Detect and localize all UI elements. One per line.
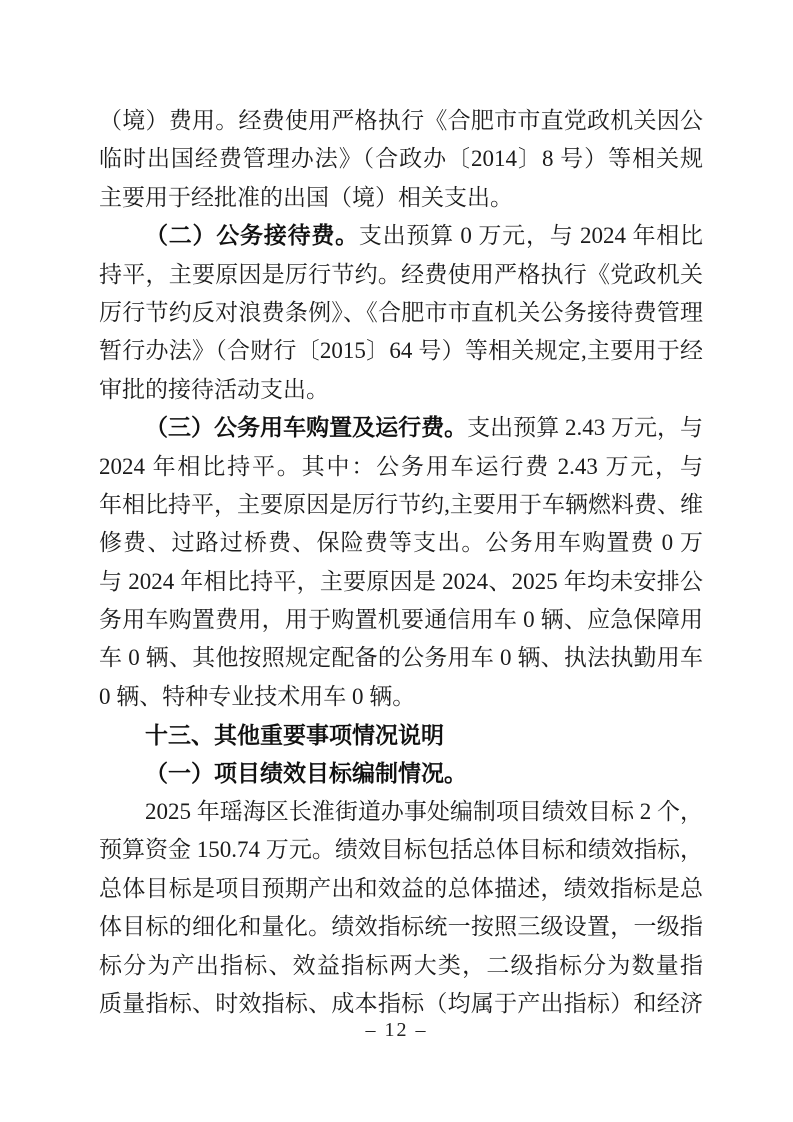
bold-text-segment: （二）公务接待费。 [145,223,359,248]
text-segment: 年相比持平，主要原因是厉行节约,主要用于车辆燃料费、维 [99,492,703,517]
text-segment: 总体目标是项目预期产出和效益的总体描述，绩效指标是总 [99,876,703,901]
text-line: 暂行办法》（合财行〔2015〕64 号）等相关规定,主要用于经 [99,332,703,370]
text-segment: 务用车购置费用，用于购置机要通信用车 0 辆、应急保障用 [99,607,703,632]
text-segment: 厉行节约反对浪费条例》、《合肥市市直机关公务接待费管理 [99,300,703,325]
text-segment: 支出预算 0 万元，与 2024 年相比 [359,223,703,248]
text-line: （三）公务用车购置及运行费。支出预算 2.43 万元，与 [99,409,703,447]
text-segment: （境）费用。经费使用严格执行《合肥市市直党政机关因公 [99,108,703,133]
text-line: 总体目标是项目预期产出和效益的总体描述，绩效指标是总 [99,870,703,908]
text-segment: 2025 年瑶海区长淮街道办事处编制项目绩效目标 2 个， [145,799,703,824]
text-segment: 修费、过路过桥费、保险费等支出。公务用车购置费 0 万元， [99,530,703,562]
text-segment: 暂行办法》（合财行〔2015〕64 号）等相关规定,主要用于经 [99,338,703,363]
text-segment: 2024 年相比持平。其中：公务用车运行费 2.43 万元，与 2024 [99,454,703,486]
text-line: 年相比持平，主要原因是厉行节约,主要用于车辆燃料费、维 [99,486,703,524]
text-line: 体目标的细化和量化。绩效指标统一按照三级设置，一级指 [99,908,703,946]
text-line: 标分为产出指标、效益指标两大类，二级指标分为数量指标、 [99,947,703,985]
text-segment: 标分为产出指标、效益指标两大类，二级指标分为数量指标、 [99,953,703,985]
text-segment: 支出预算 2.43 万元，与 [467,415,703,440]
text-line: 审批的接待活动支出。 [99,371,703,409]
text-line: 主要用于经批准的出国（境）相关支出。 [99,179,703,217]
text-segment: 审批的接待活动支出。 [99,377,329,402]
text-line: 车 0 辆、其他按照规定配备的公务用车 0 辆、执法执勤用车 [99,639,703,677]
text-line: 修费、过路过桥费、保险费等支出。公务用车购置费 0 万元， [99,524,703,562]
text-line: 务用车购置费用，用于购置机要通信用车 0 辆、应急保障用 [99,601,703,639]
text-segment: 预算资金 150.74 万元。绩效目标包括总体目标和绩效指标， [99,837,703,862]
document-page: （境）费用。经费使用严格执行《合肥市市直党政机关因公临时出国经费管理办法》（合政… [0,0,793,1122]
text-line: 2025 年瑶海区长淮街道办事处编制项目绩效目标 2 个， [99,793,703,831]
bold-text-segment: （一）项目绩效目标编制情况。 [145,761,467,786]
text-block: （境）费用。经费使用严格执行《合肥市市直党政机关因公临时出国经费管理办法》（合政… [99,102,703,1023]
page-number: – 12 – [0,1015,793,1045]
text-segment: 临时出国经费管理办法》（合政办〔2014〕8 号）等相关规定, [99,146,703,178]
text-line: 持平，主要原因是厉行节约。经费使用严格执行《党政机关 [99,256,703,294]
bold-text-segment: （三）公务用车购置及运行费。 [145,415,467,440]
text-segment: 体目标的细化和量化。绩效指标统一按照三级设置，一级指 [99,914,703,939]
text-line: 预算资金 150.74 万元。绩效目标包括总体目标和绩效指标， [99,831,703,869]
text-segment: 0 辆、特种专业技术用车 0 辆。 [99,684,415,709]
text-segment: 质量指标、时效指标、成本指标（均属于产出指标）和经济 [99,991,703,1016]
section-heading: 十三、其他重要事项情况说明 [99,716,703,754]
text-line: （二）公务接待费。支出预算 0 万元，与 2024 年相比 [99,217,703,255]
bold-text-segment: 十三、其他重要事项情况说明 [145,722,444,748]
text-segment: 持平，主要原因是厉行节约。经费使用严格执行《党政机关 [99,262,703,287]
text-segment: 主要用于经批准的出国（境）相关支出。 [99,185,513,210]
text-segment: 与 2024 年相比持平，主要原因是 2024、2025 年均未安排公 [99,569,703,594]
text-line: 0 辆、特种专业技术用车 0 辆。 [99,678,703,716]
text-line: 临时出国经费管理办法》（合政办〔2014〕8 号）等相关规定, [99,140,703,178]
text-line: 与 2024 年相比持平，主要原因是 2024、2025 年均未安排公 [99,563,703,601]
text-line: 2024 年相比持平。其中：公务用车运行费 2.43 万元，与 2024 [99,448,703,486]
text-segment: 车 0 辆、其他按照规定配备的公务用车 0 辆、执法执勤用车 [99,645,703,670]
text-line: （境）费用。经费使用严格执行《合肥市市直党政机关因公 [99,102,703,140]
text-line: （一）项目绩效目标编制情况。 [99,755,703,793]
text-line: 厉行节约反对浪费条例》、《合肥市市直机关公务接待费管理 [99,294,703,332]
